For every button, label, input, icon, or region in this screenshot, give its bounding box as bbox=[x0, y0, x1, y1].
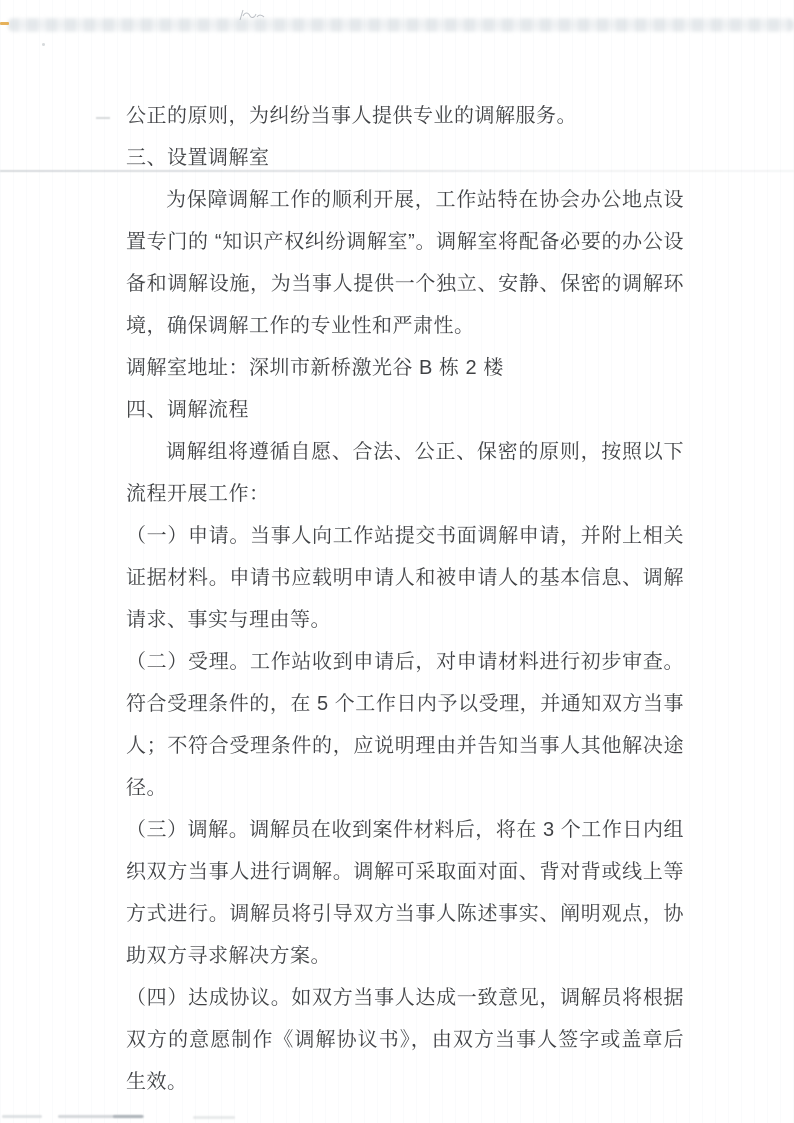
pencil-squiggle-mark bbox=[238, 7, 266, 23]
scan-smudge-band bbox=[8, 18, 794, 32]
step-3-mediation: （三）调解。调解员在收到案件材料后，将在 3 个工作日内组织双方当事人进行调解。… bbox=[126, 809, 684, 977]
step-2-acceptance: （二）受理。工作站收到申请后，对申请材料进行初步审查。符合受理条件的，在 5 个… bbox=[126, 641, 684, 809]
step-1-application: （一）申请。当事人向工作站提交书面调解申请，并附上相关证据材料。申请书应载明申请… bbox=[126, 515, 684, 641]
highlighter-dash-mark bbox=[0, 22, 9, 25]
scan-dash-mark bbox=[96, 117, 110, 119]
document-body: 公正的原则，为纠纷当事人提供专业的调解服务。 三、设置调解室 为保障调解工作的顺… bbox=[126, 95, 684, 1103]
section-heading-mediation-process: 四、调解流程 bbox=[126, 389, 684, 431]
scanned-document-page: 公正的原则，为纠纷当事人提供专业的调解服务。 三、设置调解室 为保障调解工作的顺… bbox=[0, 0, 794, 1123]
scan-smudge-bottom bbox=[113, 1115, 143, 1118]
section-heading-setup-mediation-room: 三、设置调解室 bbox=[126, 137, 684, 179]
paragraph-continuation: 公正的原则，为纠纷当事人提供专业的调解服务。 bbox=[126, 95, 684, 137]
scan-speck bbox=[42, 43, 45, 46]
mediation-room-address: 调解室地址：深圳市新桥激光谷 B 栋 2 楼 bbox=[126, 347, 684, 389]
paragraph-mediation-room-setup: 为保障调解工作的顺利开展，工作站特在协会办公地点设置专门的 “知识产权纠纷调解室… bbox=[126, 179, 684, 347]
scan-smudge-bottom bbox=[2, 1115, 42, 1118]
step-4-agreement: （四）达成协议。如双方当事人达成一致意见，调解员将根据双方的意愿制作《调解协议书… bbox=[126, 977, 684, 1103]
scan-smudge-bottom bbox=[193, 1116, 235, 1119]
paragraph-mediation-principles: 调解组将遵循自愿、合法、公正、保密的原则，按照以下流程开展工作： bbox=[126, 431, 684, 515]
